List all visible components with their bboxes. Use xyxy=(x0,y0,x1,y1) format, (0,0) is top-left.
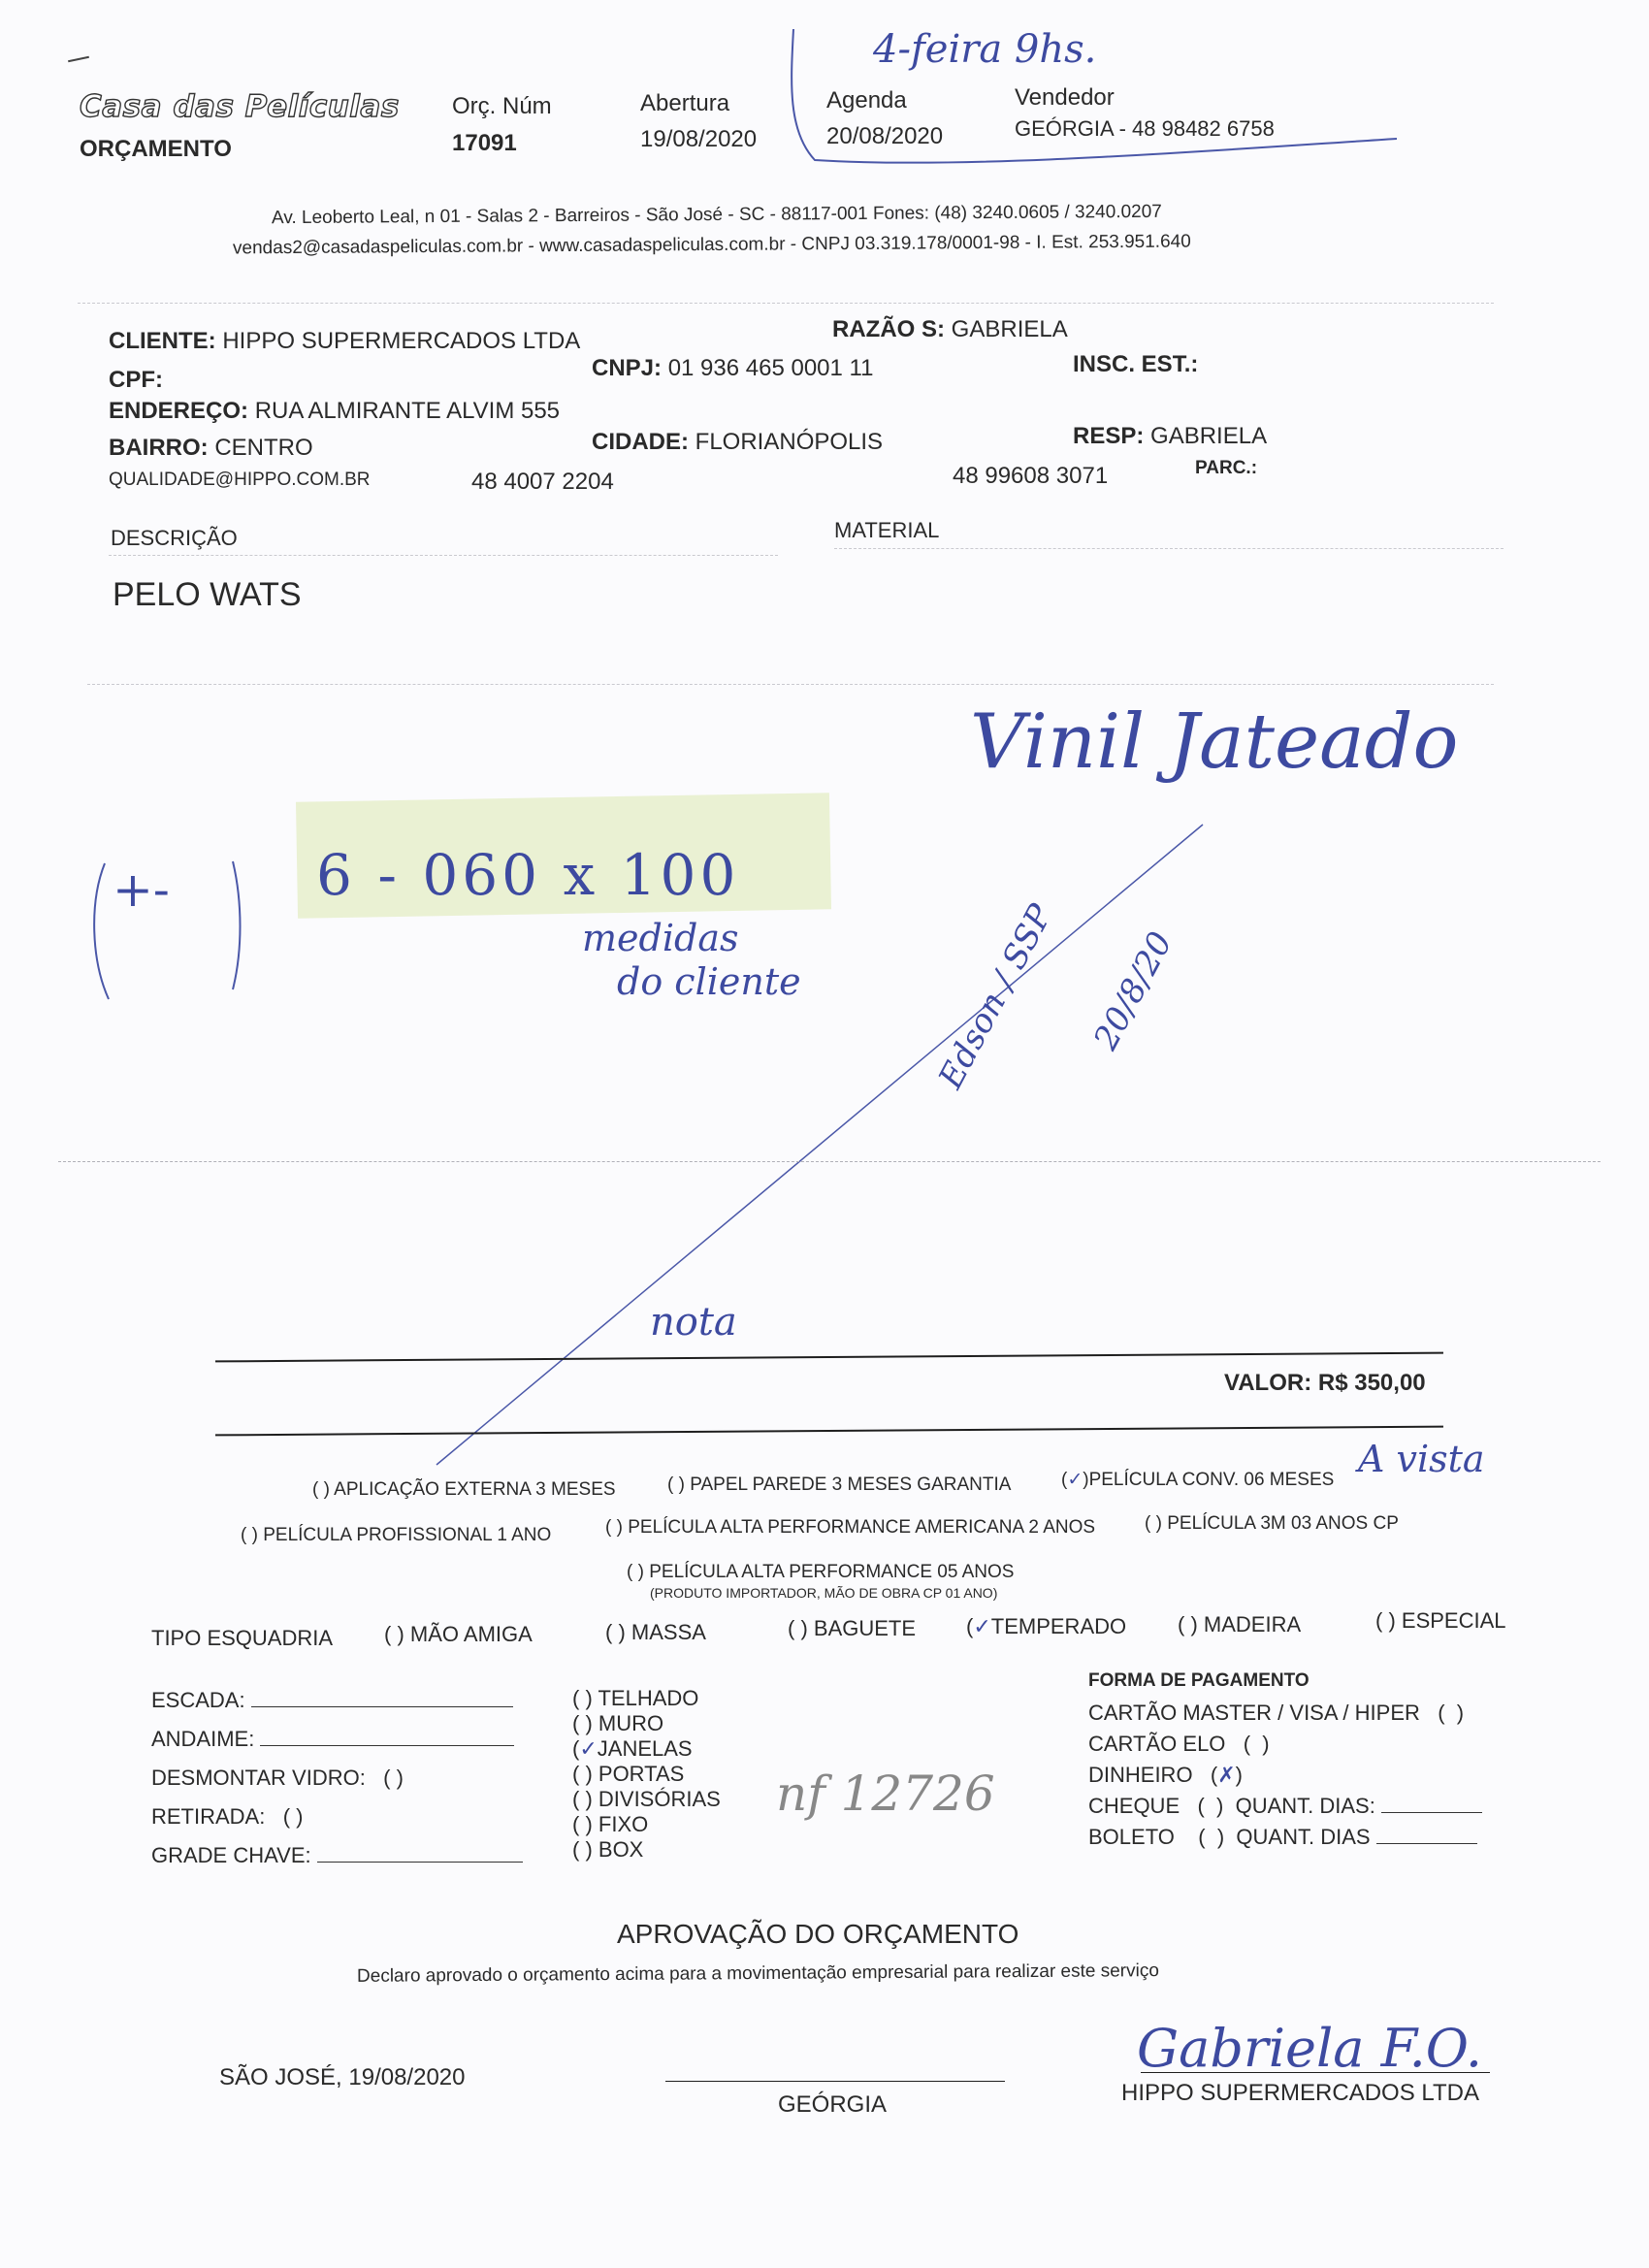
option-label: DINHEIRO xyxy=(1088,1763,1193,1787)
material-label: MATERIAL xyxy=(834,518,939,543)
retirada-field[interactable]: RETIRADA: ( ) xyxy=(151,1804,303,1830)
esquadria-option[interactable]: ( ) BAGUETE xyxy=(788,1616,916,1641)
agenda-label: Agenda xyxy=(826,87,907,114)
cnpj-field: CNPJ: 01 936 465 0001 11 xyxy=(592,355,873,382)
razao-value: GABRIELA xyxy=(952,316,1068,342)
cliente-label: CLIENTE: xyxy=(109,328,216,354)
local-option[interactable]: ( ) MURO xyxy=(572,1711,721,1736)
pagamento-cheque[interactable]: CHEQUE ( ) QUANT. DIAS: xyxy=(1088,1791,1482,1822)
cliente-signature: Gabriela F.O. xyxy=(1137,2018,1482,2079)
option-label: PELÍCULA PROFISSIONAL 1 ANO xyxy=(263,1525,551,1545)
agenda-date: 20/08/2020 xyxy=(826,123,943,150)
bairro-value: CENTRO xyxy=(214,435,312,461)
handwritten-nota: nota xyxy=(650,1300,737,1345)
pagamento-boleto[interactable]: BOLETO ( ) QUANT. DIAS xyxy=(1088,1822,1482,1853)
cidade-field: CIDADE: FLORIANÓPOLIS xyxy=(592,429,883,456)
option-label: TELHADO xyxy=(598,1686,698,1710)
desmontar-label: DESMONTAR VIDRO: xyxy=(151,1766,366,1790)
razao-label: RAZÃO S: xyxy=(832,316,945,342)
esquadria-option[interactable]: ( ) MÃO AMIGA xyxy=(384,1622,533,1647)
company-contact: vendas2@casadaspeliculas.com.br - www.ca… xyxy=(233,232,1191,260)
orc-num: 17091 xyxy=(452,130,517,157)
cidade-value: FLORIANÓPOLIS xyxy=(695,429,883,455)
cnpj-label: CNPJ: xyxy=(592,355,662,381)
descricao-value: PELO WATS xyxy=(113,576,302,614)
pagamento-title: FORMA DE PAGAMENTO xyxy=(1088,1670,1309,1692)
razao-field: RAZÃO S: GABRIELA xyxy=(832,316,1068,343)
resp-field: RESP: GABRIELA xyxy=(1073,423,1267,450)
garantia-option[interactable]: ( ) PELÍCULA ALTA PERFORMANCE AMERICANA … xyxy=(605,1517,1095,1539)
check-mark-icon: ✓ xyxy=(579,1737,597,1762)
cliente-value: HIPPO SUPERMERCADOS LTDA xyxy=(222,328,580,354)
esquadria-option[interactable]: ( ) ESPECIAL xyxy=(1375,1608,1506,1634)
local-option[interactable]: ( ) FIXO xyxy=(572,1812,721,1837)
option-label: BOLETO xyxy=(1088,1825,1175,1849)
vendedor-label: Vendedor xyxy=(1015,84,1115,112)
option-label: PORTAS xyxy=(598,1762,684,1786)
check-mark-icon: ✓ xyxy=(973,1615,990,1639)
escada-label: ESCADA: xyxy=(151,1688,245,1712)
local-data: SÃO JOSÉ, 19/08/2020 xyxy=(219,2064,466,2091)
retirada-label: RETIRADA: xyxy=(151,1804,265,1829)
diagonal-strike-line xyxy=(417,815,1212,1474)
check-mark-icon: ✓ xyxy=(1067,1469,1083,1490)
option-label: PELÍCULA ALTA PERFORMANCE 05 ANOS xyxy=(649,1562,1014,1582)
option-label: CARTÃO ELO xyxy=(1088,1732,1225,1756)
handwritten-nf-number: nf 12726 xyxy=(776,1766,995,1822)
vendedor-value: GEÓRGIA - 48 98482 6758 xyxy=(1015,116,1275,142)
brand-logo: Casa das Películas xyxy=(80,89,400,124)
endereco-field: ENDEREÇO: RUA ALMIRANTE ALVIM 555 xyxy=(109,398,560,425)
option-label: MADEIRA xyxy=(1204,1612,1301,1636)
escada-field[interactable]: ESCADA: xyxy=(151,1688,513,1713)
handwritten-payment-note: A vista xyxy=(1358,1438,1485,1480)
orc-num-label: Orç. Núm xyxy=(452,93,552,120)
andaime-field[interactable]: ANDAIME: xyxy=(151,1727,514,1752)
descricao-label: DESCRIÇÃO xyxy=(111,526,238,551)
option-label: ESPECIAL xyxy=(1402,1608,1506,1633)
cidade-label: CIDADE: xyxy=(592,429,689,455)
local-option-checked[interactable]: (✓JANELAS xyxy=(572,1736,721,1762)
quant-dias-label: QUANT. DIAS: xyxy=(1236,1794,1375,1818)
aprovacao-title: APROVAÇÃO DO ORÇAMENTO xyxy=(617,1919,1018,1950)
client-phone-1: 48 4007 2204 xyxy=(471,469,614,496)
valor-label: VALOR: xyxy=(1224,1370,1311,1396)
local-option[interactable]: ( ) TELHADO xyxy=(572,1686,721,1711)
bairro-label: BAIRRO: xyxy=(109,435,209,461)
grade-label: GRADE CHAVE: xyxy=(151,1843,311,1867)
option-label: DIVISÓRIAS xyxy=(598,1787,721,1811)
check-mark-icon: ✗ xyxy=(1217,1764,1235,1788)
option-label: BOX xyxy=(598,1837,643,1862)
garantia-option[interactable]: ( ) PELÍCULA 3M 03 ANOS CP xyxy=(1145,1513,1399,1535)
doc-type: ORÇAMENTO xyxy=(80,136,232,163)
garantia-option[interactable]: ( ) APLICAÇÃO EXTERNA 3 MESES xyxy=(312,1479,616,1501)
option-label: BAGUETE xyxy=(814,1616,916,1640)
grade-field[interactable]: GRADE CHAVE: xyxy=(151,1843,523,1868)
option-label: JANELAS xyxy=(598,1736,693,1761)
divider xyxy=(87,684,1494,685)
divider xyxy=(834,548,1503,549)
local-option[interactable]: ( ) BOX xyxy=(572,1837,721,1863)
abertura-date: 19/08/2020 xyxy=(640,126,757,153)
fold-line xyxy=(58,1161,1600,1162)
company-address: Av. Leoberto Leal, n 01 - Salas 2 - Barr… xyxy=(272,202,1162,229)
andaime-label: ANDAIME: xyxy=(151,1727,254,1751)
esquadria-label: TIPO ESQUADRIA xyxy=(151,1626,333,1651)
desmontar-field[interactable]: DESMONTAR VIDRO: ( ) xyxy=(151,1766,404,1791)
cliente-signature-line xyxy=(1141,2072,1490,2073)
parc-label: PARC.: xyxy=(1195,458,1257,479)
garantia-option-checked[interactable]: (✓)PELÍCULA CONV. 06 MESES xyxy=(1061,1469,1334,1491)
resp-label: RESP: xyxy=(1073,423,1144,449)
pagamento-options: CARTÃO MASTER / VISA / HIPER ( ) CARTÃO … xyxy=(1088,1698,1482,1853)
option-label: PAPEL PAREDE 3 MESES GARANTIA xyxy=(690,1474,1011,1495)
option-label: PELÍCULA ALTA PERFORMANCE AMERICANA 2 AN… xyxy=(628,1517,1095,1538)
bairro-field: BAIRRO: CENTRO xyxy=(109,435,313,462)
quant-dias-label: QUANT. DIAS xyxy=(1236,1825,1370,1849)
garantia-option[interactable]: ( ) PAPEL PAREDE 3 MESES GARANTIA xyxy=(667,1474,1011,1496)
endereco-label: ENDEREÇO: xyxy=(109,398,248,424)
handwritten-material: Vinil Jateado xyxy=(970,698,1459,786)
vendedor-signature-label: GEÓRGIA xyxy=(778,2091,887,2119)
cliente-signature-label: HIPPO SUPERMERCADOS LTDA xyxy=(1121,2080,1479,2107)
handwritten-plus-minus: +- xyxy=(113,861,170,918)
garantia-option[interactable]: ( ) PELÍCULA PROFISSIONAL 1 ANO xyxy=(241,1525,551,1546)
option-label: MASSA xyxy=(631,1620,706,1644)
option-label: PELÍCULA 3M 03 ANOS CP xyxy=(1167,1513,1399,1534)
valor-amount: R$ 350,00 xyxy=(1318,1370,1426,1396)
insc-label: INSC. EST.: xyxy=(1073,351,1198,378)
esquadria-option[interactable]: ( ) MADEIRA xyxy=(1178,1612,1301,1637)
cnpj-value: 01 936 465 0001 11 xyxy=(668,355,874,381)
option-label: MURO xyxy=(598,1711,663,1735)
client-email: QUALIDADE@HIPPO.COM.BR xyxy=(109,470,371,491)
handwritten-agenda-note: 4-feira 9hs. xyxy=(873,27,1096,72)
divider xyxy=(109,555,778,556)
option-label: PELÍCULA CONV. 06 MESES xyxy=(1089,1470,1335,1490)
aprovacao-declaracao: Declaro aprovado o orçamento acima para … xyxy=(357,1960,1159,1988)
local-option[interactable]: ( ) DIVISÓRIAS xyxy=(572,1787,721,1812)
option-label: MÃO AMIGA xyxy=(410,1622,533,1646)
client-phone-2: 48 99608 3071 xyxy=(953,463,1108,490)
option-label: APLICAÇÃO EXTERNA 3 MESES xyxy=(334,1479,615,1500)
pagamento-dinheiro-checked[interactable]: DINHEIRO (✗) xyxy=(1088,1760,1482,1791)
resp-value: GABRIELA xyxy=(1150,423,1267,449)
cpf-label: CPF: xyxy=(109,367,163,394)
cliente-field: CLIENTE: HIPPO SUPERMERCADOS LTDA xyxy=(109,328,580,355)
option-label: FIXO xyxy=(598,1812,648,1836)
vendedor-signature-line xyxy=(665,2081,1005,2082)
garantia-option-note: (PRODUTO IMPORTADOR, MÃO DE OBRA CP 01 A… xyxy=(650,1585,997,1601)
option-label: CHEQUE xyxy=(1088,1794,1180,1818)
abertura-label: Abertura xyxy=(640,90,729,117)
esquadria-option[interactable]: ( ) MASSA xyxy=(605,1620,706,1645)
endereco-value: RUA ALMIRANTE ALVIM 555 xyxy=(255,398,560,424)
option-label: CARTÃO MASTER / VISA / HIPER xyxy=(1088,1701,1420,1725)
local-option[interactable]: ( ) PORTAS xyxy=(572,1762,721,1787)
option-label: TEMPERADO xyxy=(991,1614,1126,1638)
esquadria-option-checked[interactable]: (✓TEMPERADO xyxy=(966,1614,1126,1639)
scan-mark xyxy=(68,56,89,63)
pagamento-elo[interactable]: CARTÃO ELO ( ) xyxy=(1088,1729,1482,1760)
garantia-option[interactable]: ( ) PELÍCULA ALTA PERFORMANCE 05 ANOS xyxy=(627,1562,1014,1583)
valor-field: VALOR: R$ 350,00 xyxy=(1224,1370,1426,1397)
pagamento-master[interactable]: CARTÃO MASTER / VISA / HIPER ( ) xyxy=(1088,1698,1482,1729)
local-options-list: ( ) TELHADO ( ) MURO (✓JANELAS ( ) PORTA… xyxy=(572,1686,721,1863)
divider xyxy=(78,303,1494,304)
